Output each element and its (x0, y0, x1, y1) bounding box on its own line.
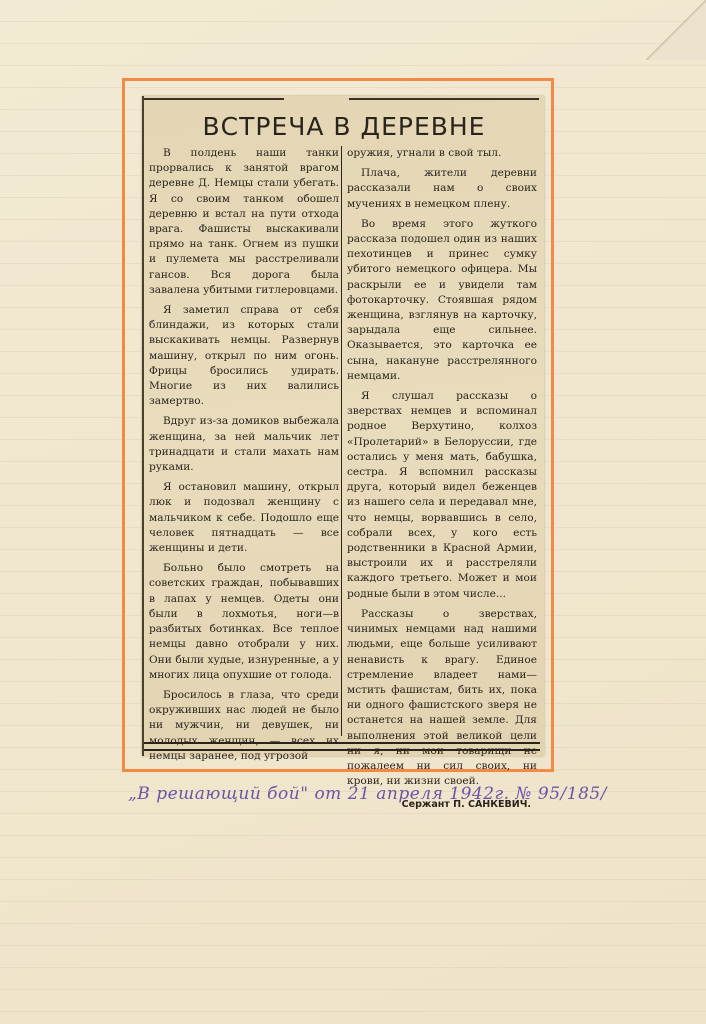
article-headline: ВСТРЕЧА В ДЕРЕВНЕ (144, 112, 544, 141)
paragraph: Во время этого жуткого рассказа подошел … (347, 217, 537, 384)
article-column-right: оружия, угнали в свой тыл. Плача, жители… (347, 146, 537, 813)
article-column-left: В полдень наши танки прорвались к занято… (149, 146, 339, 769)
paragraph: Я остановил машину, открыл люк и подозва… (149, 480, 339, 556)
paragraph: Рассказы о зверствах, чинимых немцами на… (347, 607, 537, 789)
paragraph: Больно было смотреть на советских гражда… (149, 561, 339, 683)
newspaper-clipping: ВСТРЕЧА В ДЕРЕВНЕ В полдень наши танки п… (142, 96, 544, 756)
page-corner-fold (646, 0, 706, 60)
paragraph-continuation: оружия, угнали в свой тыл. (347, 146, 537, 161)
paragraph: Бросилось в глаза, что среди окруживших … (149, 688, 339, 764)
column-divider (341, 146, 342, 736)
paragraph: Я слушал рассказы о зверствах немцев и в… (347, 389, 537, 602)
top-rule-left (144, 98, 284, 100)
top-rule-right (349, 98, 539, 100)
handwritten-source-caption: „В решающий бой" от 21 апреля 1942г. № 9… (128, 784, 607, 804)
paragraph: Вдруг из-за домиков выбежала женщина, за… (149, 414, 339, 475)
paragraph: В полдень наши танки прорвались к занято… (149, 146, 339, 298)
paragraph: Плача, жители деревни рассказали нам о с… (347, 166, 537, 212)
paragraph: Я заметил справа от себя блиндажи, из ко… (149, 303, 339, 409)
bottom-double-rule (144, 742, 540, 751)
